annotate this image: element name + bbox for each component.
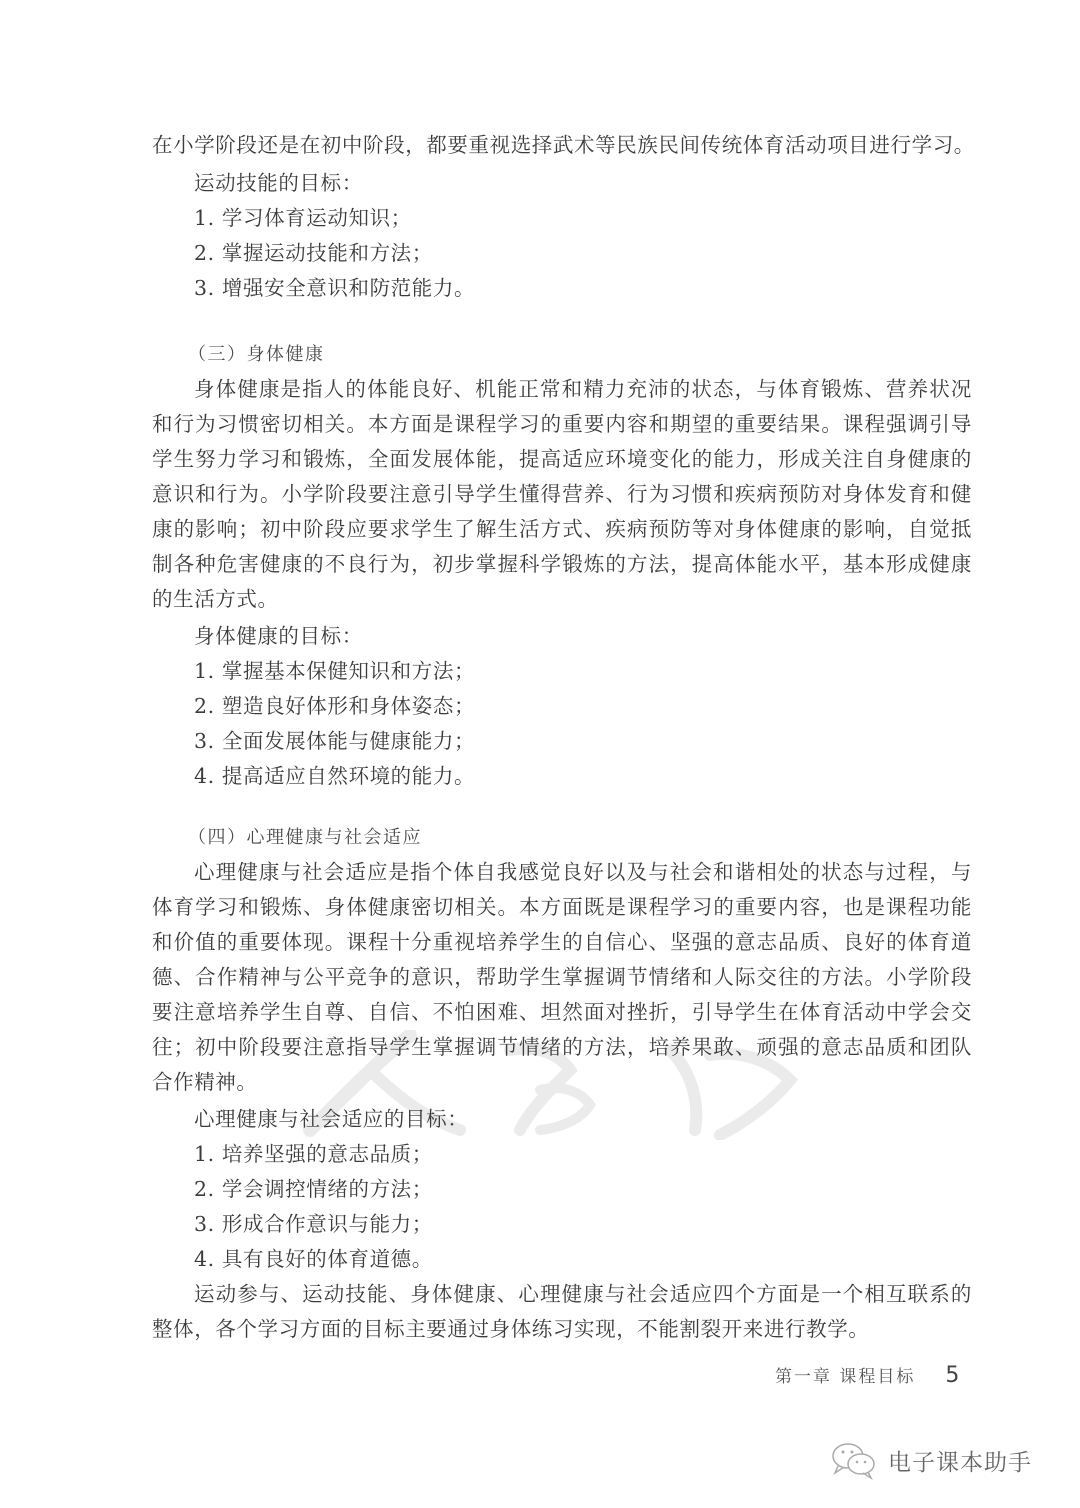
paragraph-line: 往；初中阶段要注意指导学生掌握调节情绪的方法，培养果敢、顽强的意志品质和团队 — [152, 1030, 972, 1064]
list-item: 4. 具有良好的体育道德。 — [194, 1242, 433, 1276]
list-item: 3. 形成合作意识与能力； — [194, 1207, 433, 1241]
list-item: 1. 学习体育运动知识； — [194, 201, 412, 235]
paragraph-line: 意识和行为。小学阶段要注意引导学生懂得营养、行为习惯和疾病预防对身体发育和健 — [152, 477, 972, 511]
wechat-icon — [830, 1440, 880, 1480]
paragraph-line: 要注意培养学生自尊、自信、不怕困难、坦然面对挫折，引导学生在体育活动中学会交 — [152, 995, 972, 1029]
paragraph-line: 德、合作精神与公平竞争的意识，帮助学生掌握调节情绪和人际交往的方法。小学阶段 — [152, 960, 972, 994]
chapter-title: 第一章 课程目标 — [775, 1367, 915, 1387]
paragraph-line: 和行为习惯密切相关。本方面是课程学习的重要内容和期望的重要结果。课程强调引导 — [152, 407, 972, 441]
paragraph-line: 和价值的重要体现。课程十分重视培养学生的自信心、坚强的意志品质、良好的体育道 — [152, 925, 972, 959]
page-footer: 第一章 课程目标5 — [775, 1362, 959, 1388]
list-item: 2. 塑造良好体形和身体姿态； — [194, 689, 475, 723]
paragraph-line: 的生活方式。 — [152, 582, 279, 616]
section-heading-physical-health: （三）身体健康 — [188, 338, 325, 372]
physical-health-goals-title: 身体健康的目标： — [194, 619, 363, 653]
brand-watermark: 电子课本助手 — [830, 1440, 1032, 1480]
paragraph-line: 体育学习和锻炼、身体健康密切相关。本方面既是课程学习的重要内容，也是课程功能 — [152, 890, 972, 924]
list-item: 4. 提高适应自然环境的能力。 — [194, 759, 475, 793]
textbook-page: 在小学阶段还是在初中阶段，都要重视选择武术等民族民间传统体育活动项目进行学习。 … — [0, 0, 1080, 1508]
paragraph-line: 身体健康是指人的体能良好、机能正常和精力充沛的状态，与体育锻炼、营养状况 — [194, 372, 972, 406]
list-item: 3. 全面发展体能与健康能力； — [194, 724, 475, 758]
brand-name: 电子课本助手 — [888, 1444, 1032, 1477]
section-heading-mental-health: （四）心理健康与社会适应 — [188, 821, 422, 855]
list-item: 2. 掌握运动技能和方法； — [194, 236, 433, 270]
paragraph-line: 制各种危害健康的不良行为，初步掌握科学锻炼的方法，提高体能水平，基本形成健康 — [152, 547, 972, 581]
motor-skills-goals-title: 运动技能的目标： — [194, 166, 363, 200]
summary-line: 运动参与、运动技能、身体健康、心理健康与社会适应四个方面是一个相互联系的 — [194, 1277, 972, 1311]
list-item: 1. 掌握基本保健知识和方法； — [194, 654, 475, 688]
summary-line: 整体，各个学习方面的目标主要通过身体练习实现，不能割裂开来进行教学。 — [152, 1312, 869, 1346]
list-item: 2. 学会调控情绪的方法； — [194, 1172, 433, 1206]
paragraph-line: 学生努力学习和锻炼，全面发展体能，提高适应环境变化的能力，形成关注自身健康的 — [152, 442, 972, 476]
list-item: 1. 培养坚强的意志品质； — [194, 1137, 433, 1171]
mental-health-goals-title: 心理健康与社会适应的目标： — [194, 1102, 468, 1136]
page-number: 5 — [945, 1363, 959, 1388]
paragraph-line: 康的影响；初中阶段应要求学生了解生活方式、疾病预防等对身体健康的影响，自觉抵 — [152, 512, 972, 546]
paragraph-line: 合作精神。 — [152, 1065, 258, 1099]
list-item: 3. 增强安全意识和防范能力。 — [194, 271, 475, 305]
paragraph-line: 心理健康与社会适应是指个体自我感觉良好以及与社会和谐相处的状态与过程，与 — [194, 855, 972, 889]
paragraph-line: 在小学阶段还是在初中阶段，都要重视选择武术等民族民间传统体育活动项目进行学习。 — [152, 128, 972, 162]
